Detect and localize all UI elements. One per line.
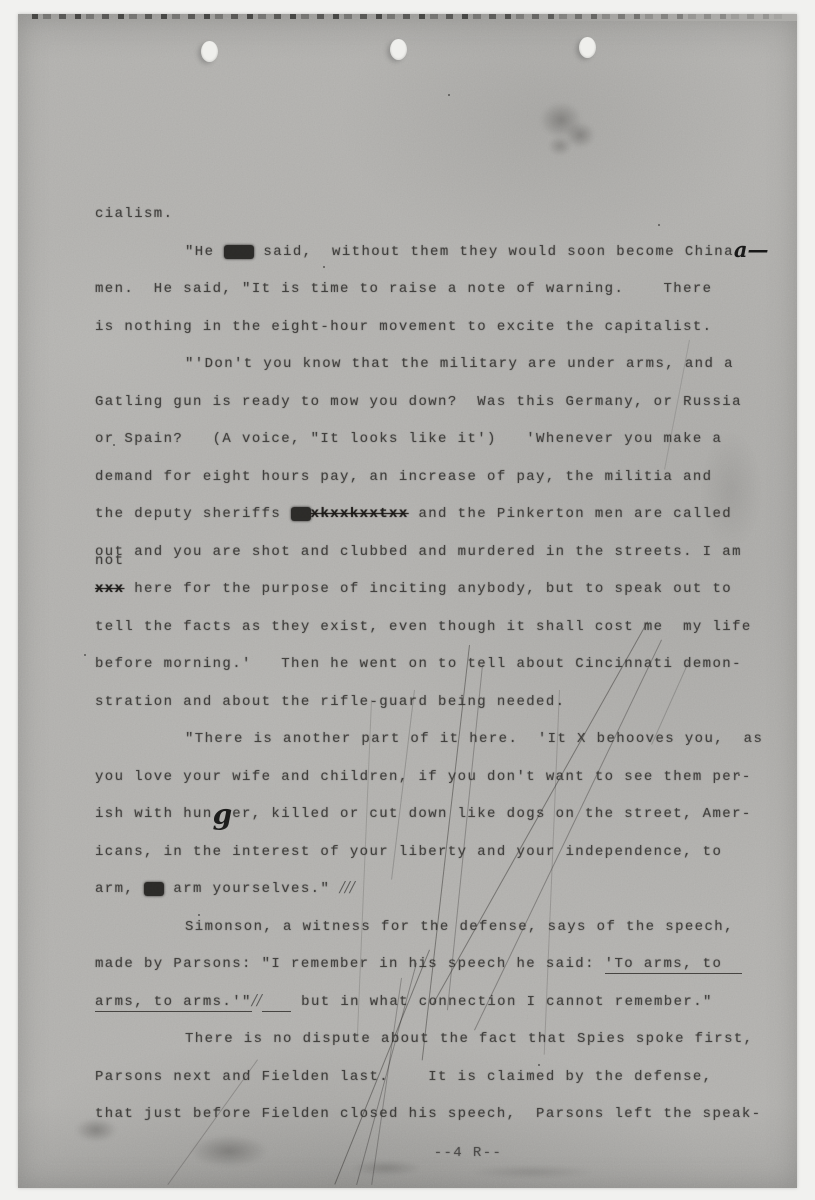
text-segment-blackout: xxx xyxy=(224,245,253,259)
typewritten-line: men. He said, "It is time to raise a not… xyxy=(95,271,780,309)
typewritten-text: cialism."He xxx said, without them they … xyxy=(95,196,780,1134)
typewritten-line: that just before Fielden closed his spee… xyxy=(95,1096,780,1134)
page-number: --4 R-- xyxy=(318,1145,618,1161)
text-segment-typed: demand for eight hours pay, an increase … xyxy=(95,469,713,485)
text-segment-typed: or Spain? (A voice, "It looks like it') … xyxy=(95,431,722,447)
punch-hole xyxy=(390,39,407,60)
text-segment-hand: a— xyxy=(734,237,769,262)
text-segment-typed: There is no dispute about the fact that … xyxy=(185,1031,753,1047)
text-segment-typed: Simonson, a witness for the defense, say… xyxy=(185,919,734,935)
text-segment-underline: arms, to arms.'" xyxy=(95,994,252,1012)
text-segment-typed: ish with hun xyxy=(95,806,213,822)
stain-mark xyxy=(548,136,572,156)
typewritten-line: cialism. xyxy=(95,196,780,234)
punch-hole xyxy=(201,41,218,62)
text-segment-typed: the deputy sheriffs xyxy=(95,506,291,522)
speck xyxy=(84,654,86,656)
text-segment-typed: "There is another part of it here. 'It X… xyxy=(185,731,763,747)
text-segment-blackout: xx xyxy=(291,507,311,521)
text-segment-typed: arm yourselves." xyxy=(164,881,331,897)
text-segment-xstrike: xxx xyxy=(95,581,124,597)
text-segment-typed: not xyxy=(95,553,124,569)
typewritten-line: "There is another part of it here. 'It X… xyxy=(95,721,780,759)
scanned-document: cialism."He xxx said, without them they … xyxy=(0,0,815,1200)
text-segment-typed: out and you are shot and clubbed and mur… xyxy=(95,544,742,560)
typewritten-line: made by Parsons: "I remember in his spee… xyxy=(95,946,780,984)
typewritten-line: or Spain? (A voice, "It looks like it') … xyxy=(95,421,780,459)
typewritten-line: arms, to arms.'"// but in what connectio… xyxy=(95,984,780,1022)
text-segment-typed: icans, in the interest of your liberty a… xyxy=(95,844,722,860)
text-segment-typed: arm, xyxy=(95,881,144,897)
text-segment-underline: 'To arms, to xyxy=(605,956,742,974)
typewritten-line: icans, in the interest of your liberty a… xyxy=(95,834,780,872)
typewritten-line: Gatling gun is ready to mow you down? Wa… xyxy=(95,384,780,422)
typewritten-line: xxx here for the purpose of inciting any… xyxy=(95,571,780,609)
typewritten-line: you love your wife and children, if you … xyxy=(95,759,780,797)
text-segment-typed: and the Pinkerton men are called xyxy=(409,506,732,522)
text-segment-typed: is nothing in the eight-hour movement to… xyxy=(95,319,713,335)
typewritten-line: ish with hunger, killed or cut down like… xyxy=(95,796,780,834)
typewritten-line: "'Don't you know that the military are u… xyxy=(95,346,780,384)
text-segment-typed: cialism. xyxy=(95,206,173,222)
text-segment-typed: Gatling gun is ready to mow you down? Wa… xyxy=(95,394,742,410)
typewritten-line: tell the facts as they exist, even thoug… xyxy=(95,609,780,647)
speck xyxy=(448,94,450,96)
typewritten-line: the deputy sheriffs xxxkxxkxxtxx and the… xyxy=(95,496,780,534)
scan-edge-fade xyxy=(470,14,797,21)
text-segment-typed: before morning.' Then he went on to tell… xyxy=(95,656,742,672)
text-segment-typed: "'Don't you know that the military are u… xyxy=(185,356,734,372)
text-segment-typed: but in what connection I cannot remember… xyxy=(291,994,712,1010)
typewritten-line: Parsons next and Fielden last. It is cla… xyxy=(95,1059,780,1097)
text-segment-typed: stration and about the rifle-guard being… xyxy=(95,694,565,710)
typewritten-line: "He xxx said, without them they would so… xyxy=(95,234,780,272)
typewritten-line: There is no dispute about the fact that … xyxy=(95,1021,780,1059)
text-segment-typed: here for the purpose of inciting anybody… xyxy=(124,581,732,597)
text-segment-typed: said, without them they would soon becom… xyxy=(254,244,734,260)
text-segment-typed: that just before Fielden closed his spee… xyxy=(95,1106,762,1122)
text-segment-hand-light: /// xyxy=(330,878,355,896)
typewritten-line: stration and about the rifle-guard being… xyxy=(95,684,780,722)
text-segment-blackout: to xyxy=(144,882,164,896)
text-segment-typed: you love your wife and children, if you … xyxy=(95,769,752,785)
stain-mark xyxy=(190,1135,268,1167)
text-segment-xstrike: xkxxkxxtxx xyxy=(311,506,409,522)
text-segment-hand-g: g xyxy=(213,798,233,831)
text-segment-typed: tell the facts as they exist, even thoug… xyxy=(95,619,752,635)
typewritten-line: before morning.' Then he went on to tell… xyxy=(95,646,780,684)
text-segment-typed: Parsons next and Fielden last. It is cla… xyxy=(95,1069,713,1085)
text-segment-underline xyxy=(262,994,291,1012)
typewritten-line: demand for eight hours pay, an increase … xyxy=(95,459,780,497)
text-segment-typed: "He xyxy=(185,244,224,260)
typewritten-line: Simonson, a witness for the defense, say… xyxy=(95,909,780,947)
typewritten-line: out and you are shot and clubbed and mur… xyxy=(95,534,780,572)
text-segment-hand-light: // xyxy=(252,991,262,1009)
text-segment-typed: made by Parsons: "I remember in his spee… xyxy=(95,956,605,972)
text-segment-typed: er, killed or cut down like dogs on the … xyxy=(232,806,751,822)
document-page: cialism."He xxx said, without them they … xyxy=(18,14,797,1188)
punch-hole xyxy=(579,37,596,58)
text-segment-typed: men. He said, "It is time to raise a not… xyxy=(95,281,713,297)
stain-mark xyxy=(470,1165,594,1179)
typewritten-line: arm, to arm yourselves." /// xyxy=(95,871,780,909)
typewritten-line: is nothing in the eight-hour movement to… xyxy=(95,309,780,347)
